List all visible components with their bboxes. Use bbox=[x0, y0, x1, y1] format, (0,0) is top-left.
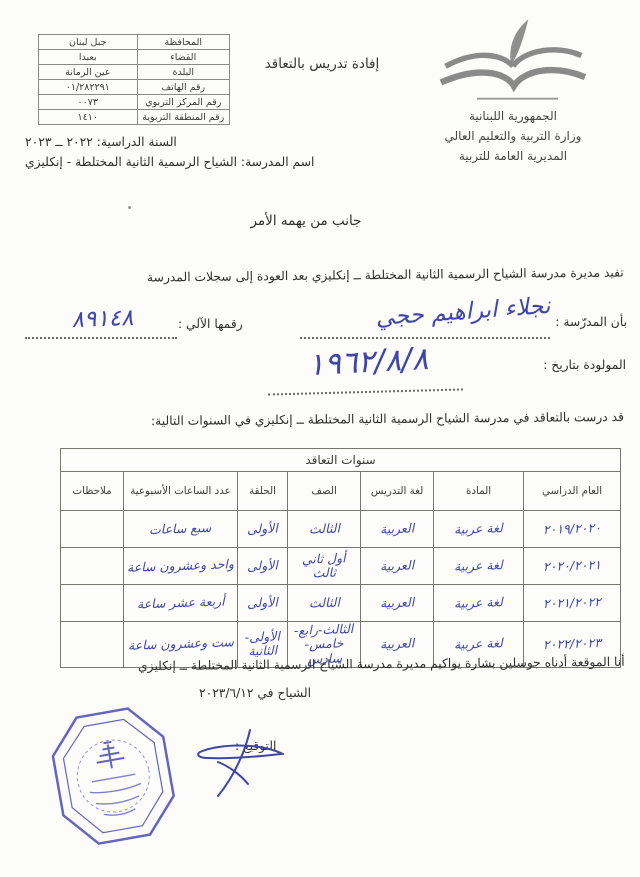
column-header: ملاحظات bbox=[61, 472, 124, 511]
hw-hours: أربعة عشر ساعة bbox=[137, 594, 225, 611]
ministry-line: وزارة التربية والتعليم العالي bbox=[402, 126, 624, 146]
column-header: لغة التدريس bbox=[361, 472, 434, 511]
ministry-line: المديرية العامة للتربية bbox=[402, 146, 624, 166]
official-cedar-stamp bbox=[48, 704, 180, 856]
info-value: ١٤١٠ bbox=[39, 110, 138, 125]
column-header: المادة bbox=[434, 472, 524, 511]
hw-year: ٢٠٢١/٢٠٢٢ bbox=[543, 595, 601, 611]
table-header-row: العام الدراسي المادة لغة التدريس الصف ال… bbox=[61, 472, 621, 511]
info-value: عين الرمانة bbox=[39, 65, 138, 80]
handwritten-signature bbox=[188, 722, 298, 812]
table-caption-row: سنوات التعاقد bbox=[61, 449, 621, 472]
hw-cycle: الأولى bbox=[247, 595, 278, 610]
hw-subject: لغة عربية bbox=[454, 558, 503, 574]
dotted-line bbox=[268, 388, 463, 395]
hw-year: ٢٠٢٠/٢٠٢١ bbox=[543, 558, 601, 574]
hw-language: العربية bbox=[380, 637, 415, 653]
ministry-line: الجمهورية اللبنانية bbox=[402, 106, 624, 126]
info-label: البلدة bbox=[137, 65, 229, 80]
hw-year: ٢٠١٩/٢٠٢٠ bbox=[543, 521, 601, 537]
hw-language: العربية bbox=[380, 521, 415, 537]
contract-table-title: سنوات التعاقد bbox=[61, 449, 621, 472]
hw-subject: لغة عربية bbox=[454, 521, 503, 537]
hw-subject: لغة عربية bbox=[454, 595, 503, 611]
ministry-block: الجمهورية اللبنانية وزارة التربية والتعل… bbox=[402, 14, 624, 166]
handwritten-file-number: ٨٩١٤٨ bbox=[30, 303, 176, 334]
info-label: رقم الهاتف bbox=[137, 80, 229, 95]
admin-info-table: المحافظة جبل لبنان القضاء بعبدا البلدة ع… bbox=[38, 34, 230, 125]
info-value: جبل لبنان bbox=[39, 35, 138, 50]
ministry-text: الجمهورية اللبنانية وزارة التربية والتعل… bbox=[402, 106, 624, 166]
handwritten-birth-date: ١٩٦٢/٨/٨ bbox=[267, 339, 469, 385]
hw-language: العربية bbox=[380, 595, 415, 611]
table-row: ٢٠١٩/٢٠٢٠ لغة عربية العربية الثالث الأول… bbox=[61, 511, 621, 548]
hw-cycle: الأولى bbox=[247, 521, 278, 536]
school-name-line: اسم المدرسة: الشياح الرسمية الثانية المخ… bbox=[25, 155, 314, 169]
table-row: ٢٠٢١/٢٠٢٢ لغة عربية العربية الثالث الأول… bbox=[61, 585, 621, 622]
hw-grade: الثالث bbox=[308, 595, 339, 610]
body-line: تفيد مديرة مدرسة الشياح الرسمية الثانية … bbox=[147, 266, 624, 285]
table-row: رقم المنطقة التربوية ١٤١٠ bbox=[39, 110, 230, 125]
school-year-line: السنة الدراسية: ٢٠٢٢ ــ ٢٠٢٣ bbox=[25, 135, 177, 149]
table-row: ٢٠٢٠/٢٠٢١ لغة عربية العربية أول ثاني ثال… bbox=[61, 548, 621, 585]
salutation: جانب من يهمه الأمر bbox=[240, 213, 372, 229]
file-number-label: رقمها الآلي : bbox=[178, 317, 243, 331]
info-value: ٠١/٢٨٢٢٩١ bbox=[39, 80, 138, 95]
hw-subject: لغة عربية bbox=[454, 637, 503, 653]
table-row: القضاء بعبدا bbox=[39, 50, 230, 65]
column-header: الصف bbox=[288, 472, 361, 511]
hw-grade: الثالث bbox=[308, 521, 339, 536]
column-header: عدد الساعات الأسبوعية bbox=[124, 472, 238, 511]
table-row: رقم الهاتف ٠١/٢٨٢٢٩١ bbox=[39, 80, 230, 95]
dotted-line bbox=[25, 337, 177, 339]
hw-hours: واحد وعشرون ساعة bbox=[127, 557, 234, 575]
info-value: ٠٠٧٣ bbox=[39, 95, 138, 110]
signer-statement: أنا الموقعة أدناه جوسلين بشارة يواكيم مد… bbox=[138, 655, 625, 673]
contract-intro-line: قد درست بالتعاقد في مدرسة الشياح الرسمية… bbox=[151, 410, 624, 428]
dotted-line bbox=[300, 337, 550, 339]
place-date-line: الشياح في ٢٠٢٣/٦/١٢ bbox=[180, 686, 330, 700]
info-label: رقم المركز التربوي bbox=[137, 95, 229, 110]
birth-date-label: المولودة بتاريخ : bbox=[543, 358, 626, 372]
hw-language: العربية bbox=[380, 558, 415, 574]
hw-grade: أول ثاني ثالث bbox=[290, 550, 359, 581]
table-row: رقم المركز التربوي ٠٠٧٣ bbox=[39, 95, 230, 110]
info-label: رقم المنطقة التربوية bbox=[137, 110, 229, 125]
column-header: العام الدراسي bbox=[524, 472, 621, 511]
hw-hours: ست وعشرون ساعة bbox=[127, 636, 233, 654]
column-header: الحلقة bbox=[238, 472, 288, 511]
hw-cycle: الأولى-الثانية bbox=[240, 629, 286, 659]
table-row: البلدة عين الرمانة bbox=[39, 65, 230, 80]
scan-speck bbox=[128, 206, 131, 209]
hw-cycle: الأولى bbox=[247, 558, 278, 573]
contract-years-table: سنوات التعاقد العام الدراسي المادة لغة ا… bbox=[60, 448, 621, 668]
handwritten-teacher-name: نجلاء ابراهيم حجي bbox=[297, 288, 628, 337]
info-label: القضاء bbox=[137, 50, 229, 65]
hw-year: ٢٠٢٢/٢٠٢٣ bbox=[543, 636, 601, 652]
document-title: إفادة تدريس بالتعاقد bbox=[252, 56, 392, 72]
ministry-logo-icon bbox=[423, 14, 603, 106]
scanned-document-page: المحافظة جبل لبنان القضاء بعبدا البلدة ع… bbox=[0, 0, 640, 877]
info-value: بعبدا bbox=[39, 50, 138, 65]
info-label: المحافظة bbox=[137, 35, 229, 50]
hw-hours: سبع ساعات bbox=[149, 521, 212, 538]
table-row: المحافظة جبل لبنان bbox=[39, 35, 230, 50]
